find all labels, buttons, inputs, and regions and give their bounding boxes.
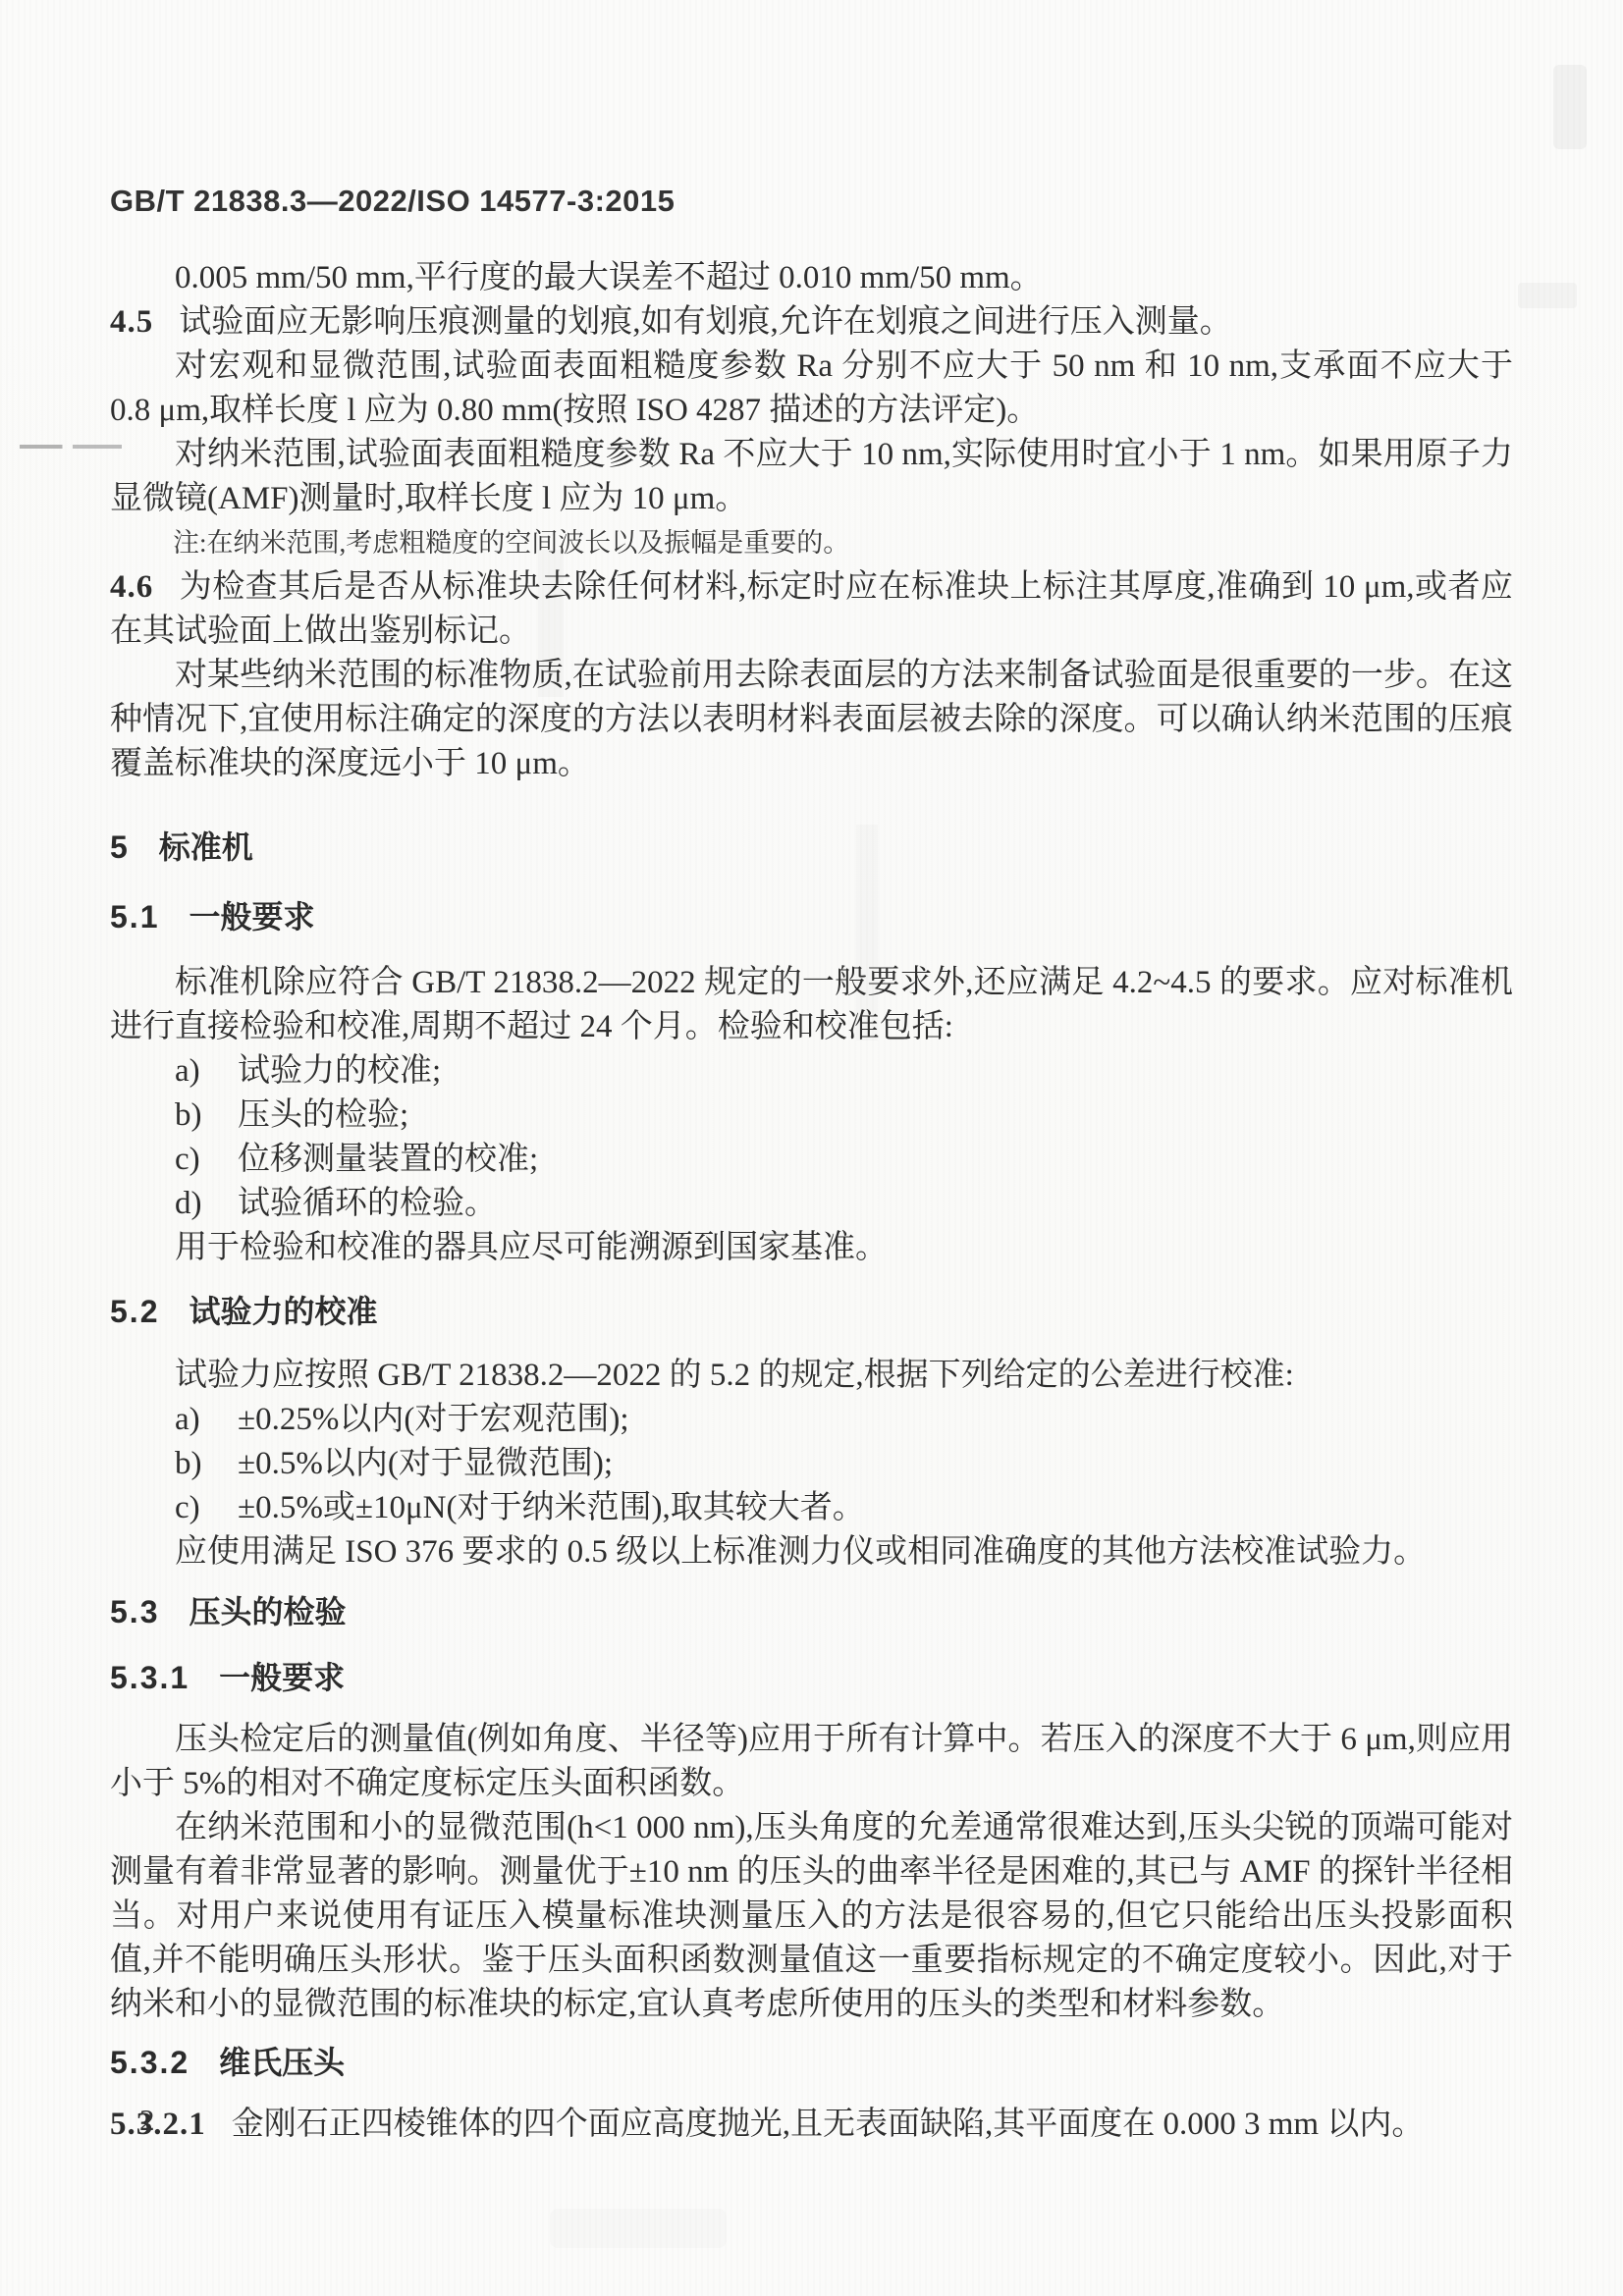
section-number: 5.3.1 — [110, 1660, 189, 1695]
section-title: 试验力的校准 — [189, 1294, 377, 1329]
paragraph-5-3-1-b: 在纳米范围和小的显微范围(h<1 000 nm),压头角度的允差通常很难达到,压… — [110, 1806, 1513, 2027]
paragraph-5-2-intro: 试验力应按照 GB/T 21838.2—2022 的 5.2 的规定,根据下列给… — [110, 1354, 1513, 1398]
list-text: ±0.5%以内(对于显微范围); — [238, 1446, 613, 1481]
paragraph-surface-layer: 对某些纳米范围的标准物质,在试验前用去除表面层的方法来制备试验面是很重要的一步。… — [110, 654, 1513, 786]
section-title: 压头的检验 — [189, 1594, 346, 1629]
section-title: 标准机 — [159, 829, 253, 865]
section-5-1-heading: 5.1一般要求 — [110, 895, 1513, 939]
clause-5-3-2-1: 5.3.2.1金刚石正四棱锥体的四个面应高度抛光,且无表面缺陷,其平面度在 0.… — [110, 2103, 1513, 2147]
list-item: c)位移测量装置的校准; — [110, 1138, 1513, 1182]
section-number: 5.1 — [110, 899, 159, 934]
clause-number: 4.6 — [110, 569, 153, 605]
list-text: 压头的检验; — [238, 1097, 408, 1133]
paragraph-5-2-closing: 应使用满足 ISO 376 要求的 0.5 级以上标准测力仪或相同准确度的其他方… — [110, 1530, 1513, 1575]
paragraph-5-1-intro: 标准机除应符合 GB/T 21838.2—2022 规定的一般要求外,还应满足 … — [110, 961, 1513, 1049]
page-content: GB/T 21838.3—2022/ISO 14577-3:2015 0.005… — [110, 0, 1513, 2147]
clause-4-6: 4.6为检查其后是否从标准块去除任何材料,标定时应在标准块上标注其厚度,准确到 … — [110, 565, 1513, 654]
clause-number: 4.5 — [110, 304, 153, 340]
section-number: 5.2 — [110, 1294, 159, 1329]
continuation-line: 0.005 mm/50 mm,平行度的最大误差不超过 0.010 mm/50 m… — [110, 256, 1513, 300]
list-text: ±0.5%或±10μN(对于纳米范围),取其较大者。 — [238, 1490, 865, 1525]
list-marker: b) — [175, 1442, 238, 1486]
paragraph-5-3-1-a: 压头检定后的测量值(例如角度、半径等)应用于所有计算中。若压入的深度不大于 6 … — [110, 1718, 1513, 1806]
list-item: b)压头的检验; — [110, 1094, 1513, 1138]
document-page: GB/T 21838.3—2022/ISO 14577-3:2015 0.005… — [0, 0, 1623, 2296]
scan-artifact-margin-dash — [20, 445, 122, 449]
section-number: 5.3.2 — [110, 2045, 189, 2080]
section-title: 一般要求 — [189, 899, 314, 934]
list-item: c)±0.5%或±10μN(对于纳米范围),取其较大者。 — [110, 1486, 1513, 1530]
list-marker: b) — [175, 1094, 238, 1138]
clause-number: 5.3.2.1 — [110, 2107, 206, 2142]
document-header: GB/T 21838.3—2022/ISO 14577-3:2015 — [110, 179, 1513, 223]
list-marker: d) — [175, 1182, 238, 1226]
list-text: 试验力的校准; — [238, 1053, 441, 1089]
list-marker: c) — [175, 1486, 238, 1530]
list-item: a)试验力的校准; — [110, 1049, 1513, 1094]
section-5-2-heading: 5.2试验力的校准 — [110, 1290, 1513, 1334]
section-number: 5.3 — [110, 1594, 159, 1629]
list-marker: a) — [175, 1049, 238, 1094]
paragraph-nano-roughness: 对纳米范围,试验面表面粗糙度参数 Ra 不应大于 10 nm,实际使用时宜小于 … — [110, 433, 1513, 521]
clause-text: 试验面应无影响压痕测量的划痕,如有划痕,允许在划痕之间进行压入测量。 — [179, 304, 1232, 340]
paragraph-macro-micro-roughness: 对宏观和显微范围,试验面表面粗糙度参数 Ra 分别不应大于 50 nm 和 10… — [110, 345, 1513, 433]
section-5-3-1-heading: 5.3.1一般要求 — [110, 1656, 1513, 1700]
list-item: d)试验循环的检验。 — [110, 1182, 1513, 1226]
clause-text: 为检查其后是否从标准块去除任何材料,标定时应在标准块上标注其厚度,准确到 10 … — [110, 569, 1513, 649]
section-5-3-heading: 5.3压头的检验 — [110, 1590, 1513, 1634]
scan-artifact-smudge — [1518, 283, 1577, 308]
list-text: 位移测量装置的校准; — [238, 1142, 538, 1177]
list-marker: c) — [175, 1138, 238, 1182]
page-number: 2 — [139, 2103, 155, 2138]
list-marker: a) — [175, 1398, 238, 1442]
list-text: 试验循环的检验。 — [238, 1186, 497, 1221]
section-title: 维氏压头 — [219, 2045, 345, 2080]
section-5-3-2-heading: 5.3.2维氏压头 — [110, 2041, 1513, 2085]
clause-4-5: 4.5试验面应无影响压痕测量的划痕,如有划痕,允许在划痕之间进行压入测量。 — [110, 300, 1513, 345]
note-line: 注:在纳米范围,考虑粗糙度的空间波长以及振幅是重要的。 — [110, 521, 1513, 565]
list-item: a)±0.25%以内(对于宏观范围); — [110, 1398, 1513, 1442]
paragraph-5-1-closing: 用于检验和校准的器具应尽可能溯源到国家基准。 — [110, 1226, 1513, 1270]
clause-text: 金刚石正四棱锥体的四个面应高度抛光,且无表面缺陷,其平面度在 0.000 3 m… — [232, 2107, 1425, 2142]
scan-artifact-smudge — [1553, 65, 1587, 149]
list-text: ±0.25%以内(对于宏观范围); — [238, 1402, 629, 1437]
scan-artifact-smudge — [550, 2209, 727, 2248]
list-item: b)±0.5%以内(对于显微范围); — [110, 1442, 1513, 1486]
section-number: 5 — [110, 829, 130, 865]
section-5-heading: 5标准机 — [110, 826, 1513, 870]
section-title: 一般要求 — [219, 1660, 345, 1695]
